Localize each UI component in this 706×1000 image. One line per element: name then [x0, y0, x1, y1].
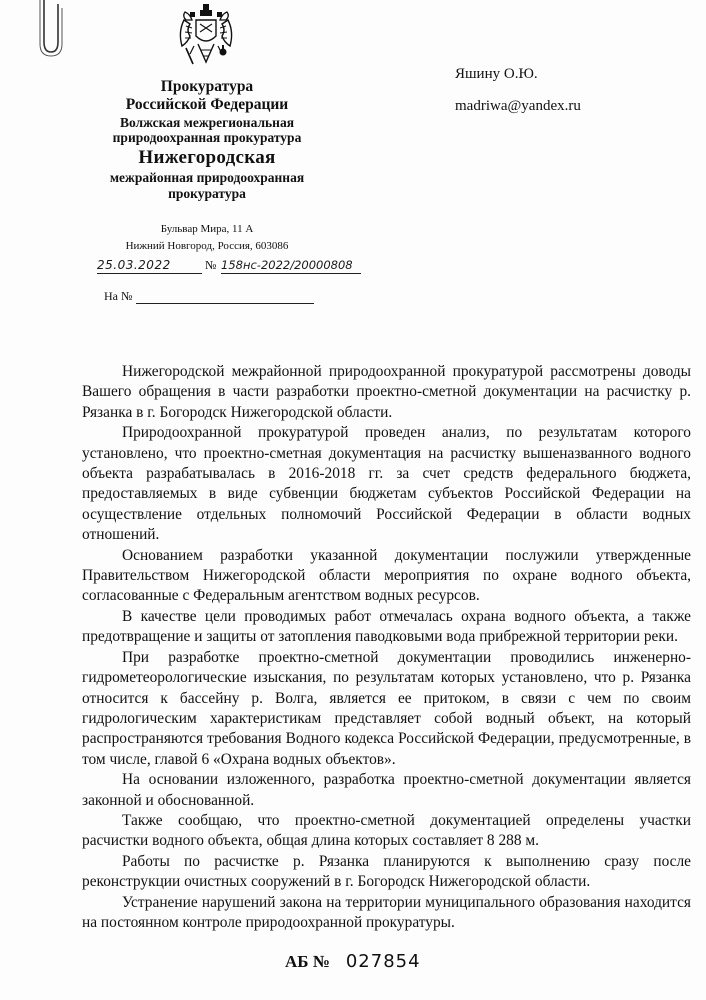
address-line: Нижний Новгород, Россия, 603086: [100, 238, 314, 255]
registration-date: 25.03.2022: [97, 257, 202, 274]
body-paragraph: В качестве цели проводимых работ отмечал…: [82, 607, 691, 648]
letterhead-line: прокуратура: [100, 186, 314, 202]
document-page: Прокуратура Российской Федерации Волжска…: [0, 0, 706, 1000]
body-paragraph: Также сообщаю, что проектно-сметной доку…: [82, 811, 691, 852]
reply-to-line: На №: [104, 289, 324, 305]
addressee-block: Яшину О.Ю. madriwa@yandex.ru: [455, 58, 581, 122]
letter-body: Нижегородской межрайонной природоохранно…: [82, 362, 691, 933]
body-paragraph: При разработке проектно-сметной документ…: [82, 648, 691, 770]
letterhead-line: Нижегородская: [100, 147, 314, 169]
registration-number-label: №: [205, 258, 216, 273]
letterhead-line: Волжская межрегиональная: [100, 115, 314, 131]
letterhead-line: природоохранная прокуратура: [100, 130, 314, 146]
serial-prefix: АБ №: [285, 952, 330, 971]
body-paragraph: На основании изложенного, разработка про…: [82, 770, 691, 811]
letterhead-line: межрайонная природоохранная: [100, 170, 314, 186]
registration-number: 158нс-2022/20000808: [221, 257, 361, 274]
registration-line: 25.03.2022 № 158нс-2022/20000808: [97, 257, 357, 277]
letterhead-line: Российской Федерации: [100, 96, 314, 114]
body-paragraph: Устранение нарушений закона на территори…: [82, 893, 691, 934]
reply-to-label: На №: [104, 289, 132, 304]
coat-of-arms-icon: [176, 2, 236, 72]
form-serial: АБ № 027854: [285, 951, 421, 975]
body-paragraph: Нижегородской межрайонной природоохранно…: [82, 362, 691, 423]
body-paragraph: Работы по расчистке р. Рязанка планируют…: [82, 852, 691, 893]
body-paragraph: Основанием разработки указанной документ…: [82, 546, 691, 607]
serial-number: 027854: [346, 951, 421, 972]
paper-clip-icon: [38, 0, 64, 58]
addressee-name: Яшину О.Ю.: [455, 58, 581, 90]
letterhead: Прокуратура Российской Федерации Волжска…: [100, 78, 314, 202]
addressee-email: madriwa@yandex.ru: [455, 90, 581, 122]
address-line: Бульвар Мира, 11 А: [100, 221, 314, 238]
sender-address: Бульвар Мира, 11 А Нижний Новгород, Росс…: [100, 221, 314, 254]
letterhead-line: Прокуратура: [100, 78, 314, 96]
body-paragraph: Природоохранной прокуратурой проведен ан…: [82, 423, 691, 545]
reply-to-field: [136, 289, 314, 304]
